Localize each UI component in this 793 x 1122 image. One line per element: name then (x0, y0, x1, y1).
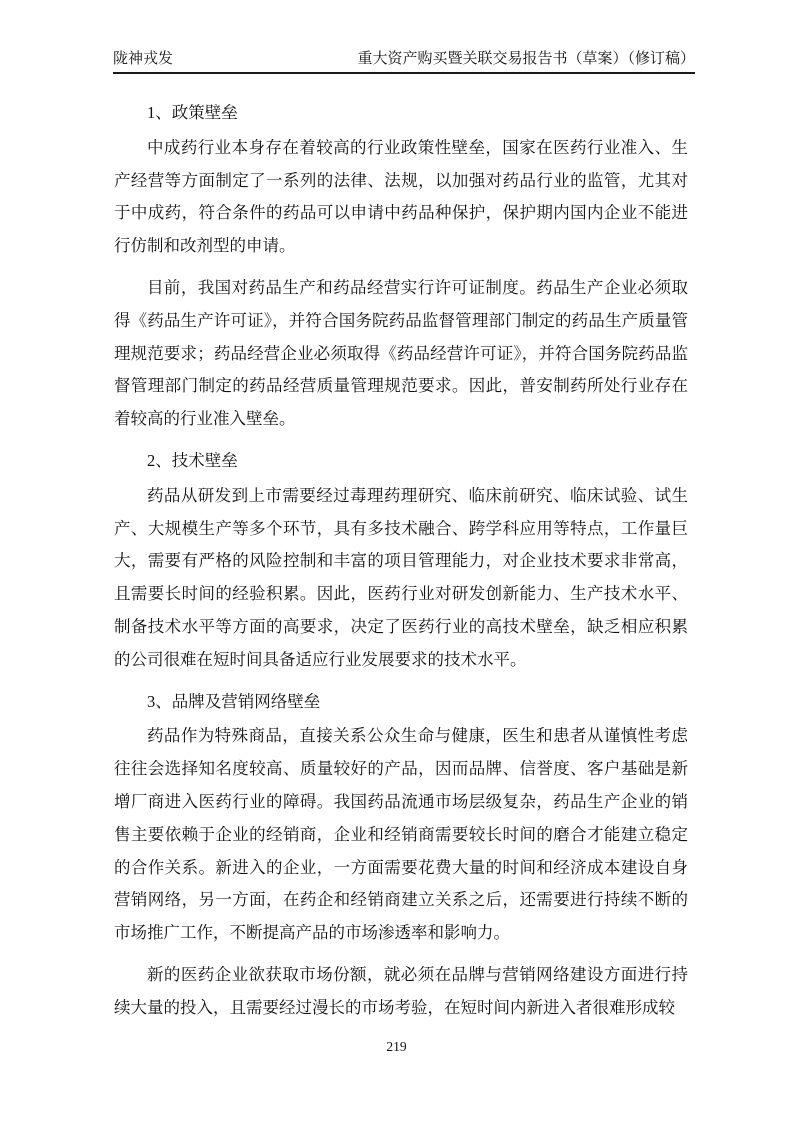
page-footer: 219 (0, 1038, 793, 1056)
page-header: 陇神戎发 重大资产购买暨关联交易报告书（草案）（修订稿） (113, 50, 695, 74)
header-company-name: 陇神戎发 (113, 50, 173, 69)
section-heading-brand-network-barrier: 3、品牌及营销网络壁垒 (114, 686, 688, 719)
section-heading-technology-barrier: 2、技术壁垒 (114, 445, 688, 478)
paragraph-policy-barrier-2: 目前，我国对药品生产和药品经营实行许可证制度。药品生产企业必须取得《药品生产许可… (114, 272, 688, 436)
section-heading-policy-barrier: 1、政策壁垒 (114, 97, 688, 130)
paragraph-brand-network-barrier-2: 新的医药企业欲获取市场份额，就必须在品牌与营销网络建设方面进行持续大量的投入，且… (114, 959, 688, 1025)
paragraph-brand-network-barrier-1: 药品作为特殊商品，直接关系公众生命与健康，医生和患者从谨慎性考虑往往会选择知名度… (114, 720, 688, 950)
document-body: 1、政策壁垒 中成药行业本身存在着较高的行业政策性壁垒，国家在医药行业准入、生产… (114, 97, 688, 1034)
paragraph-policy-barrier-1: 中成药行业本身存在着较高的行业政策性壁垒，国家在医药行业准入、生产经营等方面制定… (114, 132, 688, 263)
header-report-title: 重大资产购买暨关联交易报告书（草案）（修订稿） (357, 50, 695, 69)
page-number: 219 (386, 1039, 406, 1054)
document-page: 陇神戎发 重大资产购买暨关联交易报告书（草案）（修订稿） 1、政策壁垒 中成药行… (0, 0, 793, 1122)
paragraph-technology-barrier-1: 药品从研发到上市需要经过毒理药理研究、临床前研究、临床试验、试生产、大规模生产等… (114, 480, 688, 677)
